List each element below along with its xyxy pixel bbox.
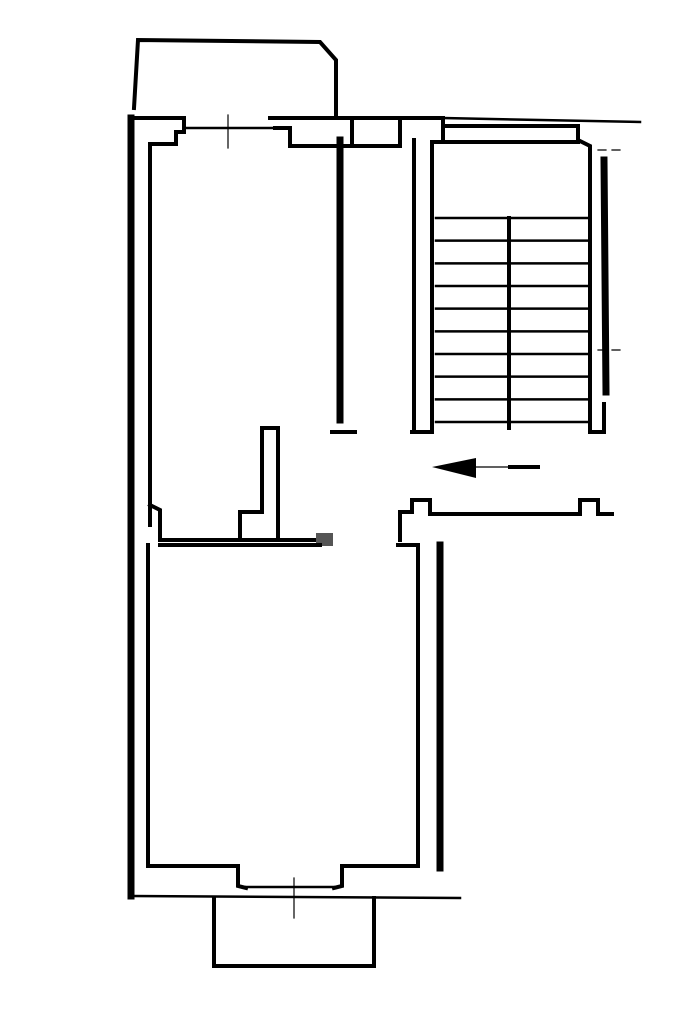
landing-wall bbox=[400, 500, 612, 540]
top-wall bbox=[352, 118, 640, 432]
upper-room bbox=[131, 115, 355, 546]
staircase bbox=[432, 126, 620, 432]
direction-arrow-icon bbox=[432, 458, 538, 478]
floor-plan bbox=[0, 0, 683, 1025]
upper-balcony bbox=[134, 40, 336, 116]
lower-balcony bbox=[214, 878, 374, 966]
stair-steps bbox=[436, 218, 588, 422]
lower-room bbox=[131, 545, 460, 898]
railing bbox=[604, 160, 606, 392]
